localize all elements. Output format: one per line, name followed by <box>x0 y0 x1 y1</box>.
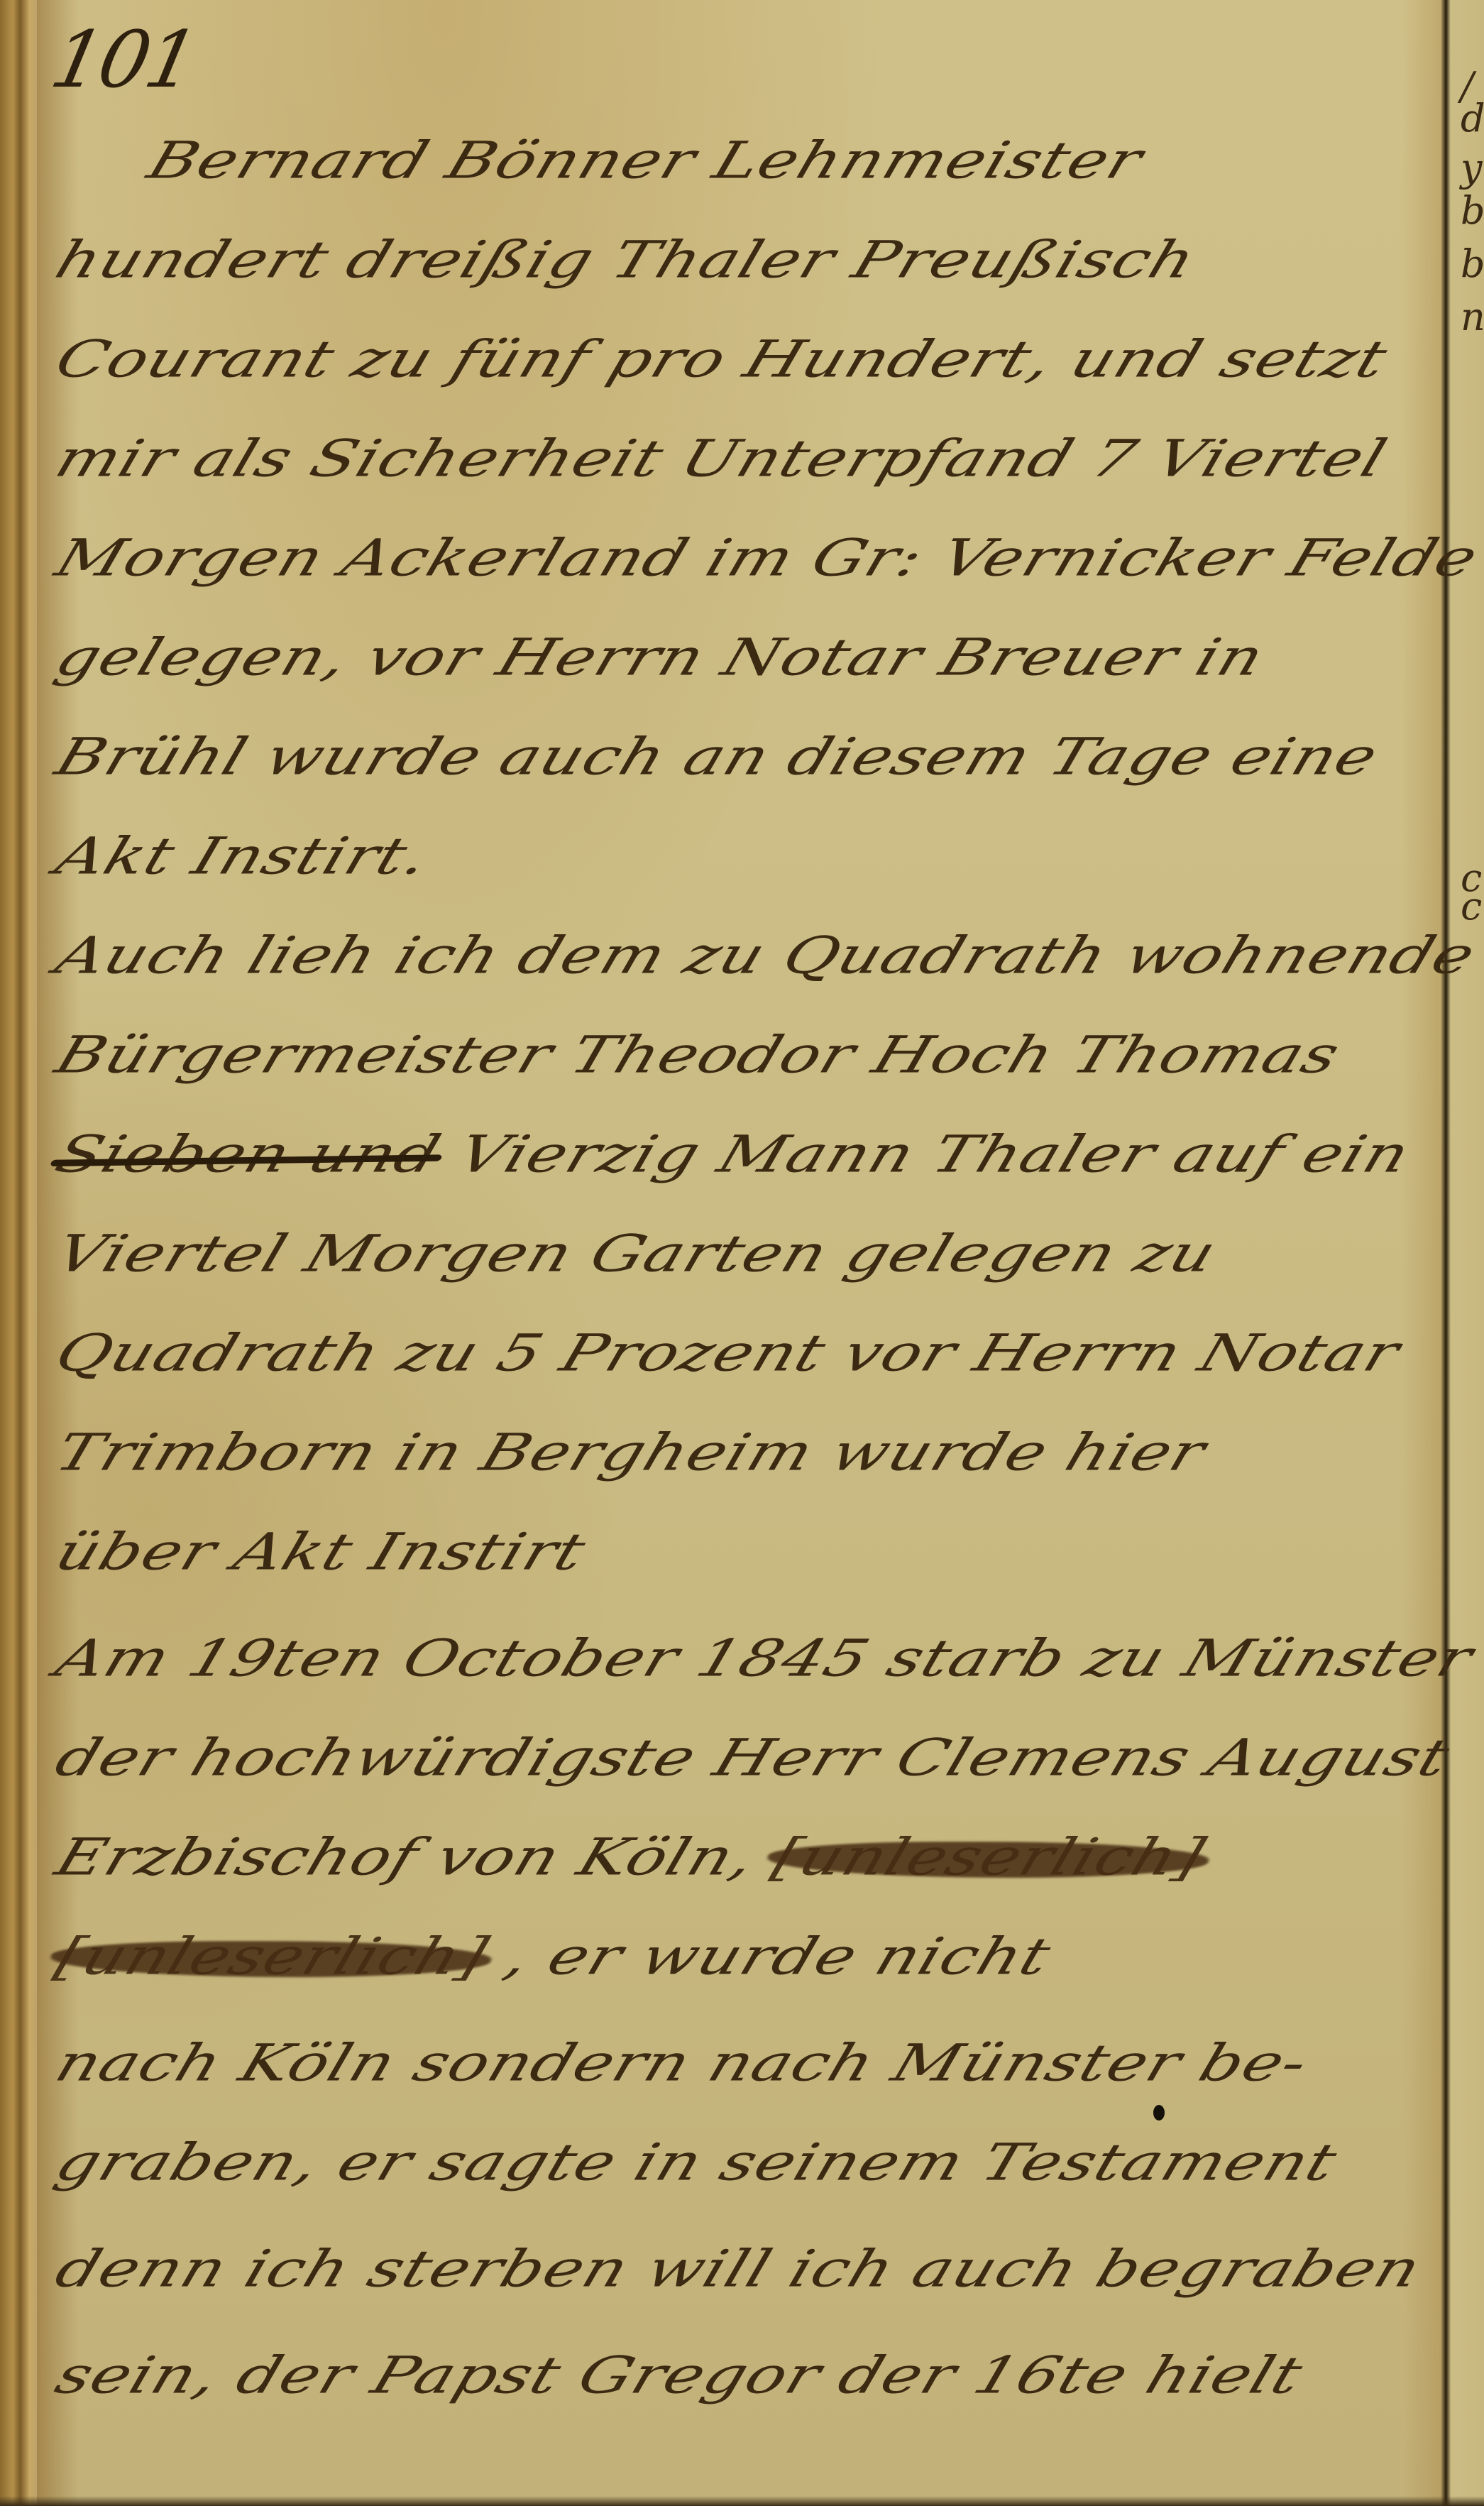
ink-blotted-text: [unleserlich] <box>50 1931 494 1982</box>
text-line-with-strikethrough: Sieben und Vierzig Mann Thaler auf ein <box>50 1129 1416 1180</box>
text-line: Viertel Morgen Garten gelegen zu <box>50 1228 1222 1279</box>
text-line: denn ich sterben will ich auch begraben <box>50 2243 1427 2294</box>
text-line: Akt Instirt. <box>50 831 435 882</box>
text-line: sein, der Papst Gregor der 16te hielt <box>50 2350 1309 2401</box>
text-line: mir als Sicherheit Unterpfand 7 Viertel <box>50 433 1393 484</box>
neighbor-glyph: n <box>1461 298 1484 336</box>
text-line: gelegen, vor Herrn Notar Breuer in <box>50 632 1270 683</box>
line-text: , er wurde nicht <box>498 1927 1058 1986</box>
text-line: Trimborn in Bergheim wurde hier <box>50 1427 1211 1478</box>
text-line-with-blot: [unleserlich] , er wurde nicht <box>50 1931 1057 1982</box>
text-line: Bürgermeister Theodor Hoch Thomas <box>50 1029 1346 1080</box>
page-bottom-edge <box>0 2496 1484 2506</box>
line-text: Vierzig Mann Thaler auf ein <box>451 1125 1418 1183</box>
line-text: Erzbischof von Köln, <box>48 1827 763 1886</box>
neighbor-glyph: y <box>1461 149 1483 187</box>
text-line: graben, er sagte in seinem Testament <box>50 2137 1343 2188</box>
text-line: Courant zu fünf pro Hundert, und setzt <box>50 334 1393 385</box>
text-line: Am 19ten October 1845 starb zu Münster <box>50 1633 1479 1684</box>
text-line: nach Köln sondern nach Münster be- <box>50 2037 1314 2089</box>
neighbor-glyph: d <box>1461 99 1484 138</box>
page-number: 101 <box>43 14 203 105</box>
text-line: Brühl wurde auch an diesem Tage eine <box>50 731 1384 782</box>
text-line: Quadrath zu 5 Prozent vor Herrn Notar <box>50 1328 1406 1379</box>
gutter-stain <box>1402 0 1444 2506</box>
neighbor-glyph: b <box>1461 192 1484 230</box>
ink-spot <box>1153 2105 1165 2121</box>
struck-through-text: Sieben und <box>50 1129 446 1180</box>
neighbor-glyph: b <box>1461 245 1484 283</box>
document-scan: / d y b b n c c 101 Bernard Bönner Lehnm… <box>0 0 1484 2506</box>
neighbor-glyph: c <box>1461 887 1482 926</box>
text-line: über Akt Instirt <box>50 1526 592 1577</box>
text-line: hundert dreißig Thaler Preußisch <box>50 234 1202 285</box>
text-line-with-blot: Erzbischof von Köln, [unleserlich] <box>50 1832 1211 1883</box>
page-gutter <box>1441 0 1451 2506</box>
text-line: Morgen Ackerland im Gr: Vernicker Felde <box>50 532 1484 584</box>
text-line: Auch lieh ich dem zu Quadrath wohnende <box>50 930 1481 981</box>
ink-blotted-text: [unleserlich] <box>766 1832 1211 1883</box>
text-line: der hochwürdigste Herr Clemens August <box>50 1732 1456 1783</box>
neighbor-page-sliver: / d y b b n c c <box>1451 0 1484 2506</box>
text-line: Bernard Bönner Lehnmeister <box>142 135 1149 186</box>
book-binding-edge <box>0 0 37 2506</box>
